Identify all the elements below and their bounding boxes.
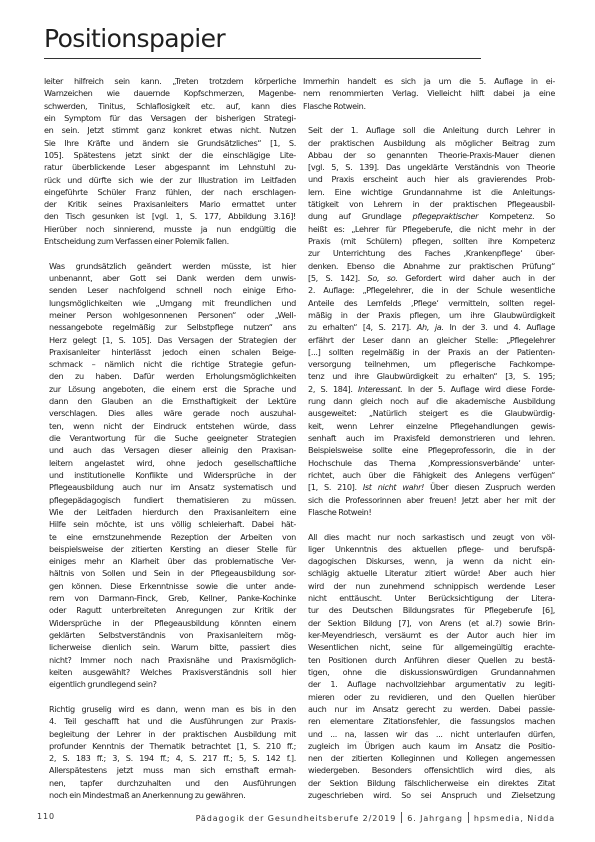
text-line: der 1. Auflage nachvollziehbar argumenta…: [303, 678, 555, 690]
text-line: ten Positionen durch Anführen dieser Que…: [303, 654, 555, 666]
text-line: erfährt der Leser dann an gleicher Stell…: [303, 334, 555, 346]
text-line: All dies macht nur noch sarkastisch und …: [303, 531, 555, 543]
text-line: mieren oder zu revidieren, und den Quell…: [303, 691, 555, 703]
text-line: ten, wenn nicht der Eindruck entstehen w…: [44, 420, 296, 432]
text-line: den zu haben. Dafür werden Erholungsmögl…: [44, 370, 296, 382]
title-divider: [44, 58, 481, 59]
text-line: Praxisanleiter hinterlässt jedoch einen …: [44, 346, 296, 358]
text-line: oder Ragutt unterbreiteten Anregungen zu…: [44, 604, 296, 616]
text-line: Entscheidung zum Verfassen einer Polemik…: [44, 235, 296, 247]
text-line: unbenannt, aber Gott sei Dank werden dem…: [44, 272, 296, 284]
text-line: und institutionelle Konflikte und Widers…: [44, 469, 296, 481]
paragraph: Was grundsätzlich geändert werden müsste…: [44, 260, 296, 691]
text-line: tur des Deutschen Bildungsrates für Pfle…: [303, 604, 555, 616]
text-line: ein Symptom für das Versagen der bisheri…: [44, 112, 296, 124]
text-line: 2. Auflage: „Pflegelehrer, die in der Sc…: [303, 284, 555, 296]
text-line: noch ein Mindestmaß an Anerkennung zu ge…: [44, 789, 296, 801]
text-line: richtet, auch über die Fähigkeit des Anl…: [303, 469, 555, 481]
text-line: tigen, ohne die diskussionswürdigen Grun…: [303, 666, 555, 678]
text-line: [1, S. 210]. Ist nicht wahr! Über diesen…: [303, 481, 555, 493]
journal-info: Pädagogik der Gesundheitsberufe 2/20196.…: [196, 812, 555, 823]
text-line: zur Lösung angeboten, die einem erst die…: [44, 383, 296, 395]
text-line: dagogischen Diskurses, wenn, ja wenn da …: [303, 555, 555, 567]
paragraph: leiter hilfreich sein kann. „Treten trot…: [44, 75, 296, 247]
footer-separator: [468, 812, 469, 823]
text-line: 2, S. 183 ff.; 3, S. 194 ff.; 4, S. 217 …: [44, 752, 296, 764]
text-line: die Verantwortung für die Suche geeignet…: [44, 432, 296, 444]
text-line: Herz gelegt [1, S. 105]. Das Versagen de…: [44, 334, 296, 346]
text-line: eingeführte Schüler Franz fühlen, der na…: [44, 186, 296, 198]
text-line: zur Unterrichtung des Faches ‚Krankenpfl…: [303, 247, 555, 259]
text-line: Anteile des Lernfelds ‚Pflege‘ vermittel…: [303, 297, 555, 309]
text-line: rück und dürfte sich wie der zur Illustr…: [44, 174, 296, 186]
text-line: zugeschrieben wird. So sei Anspruch und …: [303, 789, 555, 801]
text-line: ker-Meyendriesch, versäumt es der Autor …: [303, 629, 555, 641]
text-line: [...] sollten regelmäßig in der Praxis a…: [303, 346, 555, 358]
paragraph: Seit der 1. Auflage soll die Anleitung d…: [303, 124, 555, 518]
journal-title: Pädagogik der Gesundheitsberufe 2/2019: [196, 814, 397, 823]
text-line: der praktischen Ausbildung als möglicher…: [303, 137, 555, 149]
text-line: nen, tapfer durchzuhalten und den Ausfüh…: [44, 777, 296, 789]
text-line: Praxis (mit Schülern) pflegen, sollten i…: [303, 235, 555, 247]
text-line: versorgung teilnehmen, um pflegerische F…: [303, 358, 555, 370]
text-line: gen können. Diese Erkenntnisse sowie die…: [44, 580, 296, 592]
text-line: leitern angelastet wird, ohne jedoch ges…: [44, 457, 296, 469]
text-line: Pflegeausbildung auch nur im Ansatz syst…: [44, 481, 296, 493]
text-line: leiter hilfreich sein kann. „Treten trot…: [44, 75, 296, 87]
text-line: und Praxis erscheint auch hier als gravi…: [303, 173, 555, 185]
text-line: rung dann gleich noch auf die akademisch…: [303, 395, 555, 407]
text-line: Hierüber noch sinnierend, musste ja nun …: [44, 223, 296, 235]
text-line: Abbau der so genannten Theorie-Praxis-Ma…: [303, 149, 555, 161]
text-line: zu erhalten“ [4, S. 217]. Ah, ja. In der…: [303, 321, 555, 333]
publisher: hpsmedia, Nidda: [474, 814, 555, 823]
text-line: Allerspätestens jetzt muss man sich erns…: [44, 764, 296, 776]
left-column: leiter hilfreich sein kann. „Treten trot…: [44, 75, 296, 814]
text-line: nicht enttäuscht. Unter Berücksichtigung…: [303, 592, 555, 604]
text-line: begleitung der Lehrer in der praktischen…: [44, 728, 296, 740]
text-line: liger Unkenntnis des aktuellen pflege- u…: [303, 543, 555, 555]
text-line: dann den Glauben an die Ernsthaftigkeit …: [44, 395, 296, 407]
text-line: Widersprüche in der Pflegeausbildung kön…: [44, 617, 296, 629]
text-line: te eine ernstzunehmende Rezeption der Ar…: [44, 531, 296, 543]
text-line: ren elementare Zitationsfehler, die fass…: [303, 715, 555, 727]
text-line: verschlagen. Dies alles wäre gerade noch…: [44, 407, 296, 419]
text-line: denken. Ebenso die Abnahme zur praktisch…: [303, 260, 555, 272]
text-line: [5, S. 142]. So, so. Gefordert wird dahe…: [303, 272, 555, 284]
text-line: nem renommierten Verlag. Vielleicht hilf…: [303, 87, 555, 99]
text-line: schwerden, Tinitus, Schlaflosigkeit etc.…: [44, 100, 296, 112]
text-line: licherweise dienlich sein. Warum bitte, …: [44, 641, 296, 653]
page-footer: 110 Pädagogik der Gesundheitsberufe 2/20…: [0, 812, 595, 826]
text-line: dung auf Grundlage pflegepraktischer Kom…: [303, 210, 555, 222]
text-line: ratur überblickende Leser abgespannt im …: [44, 161, 296, 173]
text-line: lungsmöglichkeiten wie „Umgang mit freun…: [44, 297, 296, 309]
text-line: senhaft auch im Praxisfeld demonstrieren…: [303, 432, 555, 444]
page-number: 110: [37, 812, 55, 821]
text-line: Flasche Rotwein.: [303, 100, 555, 112]
paragraph: Immerhin handelt es sich ja um die 5. Au…: [303, 75, 555, 112]
page-title: Positionspapier: [44, 24, 225, 53]
journal-volume: 6. Jahrgang: [407, 814, 463, 823]
text-line: den Tisch gesunken ist [vgl. 1, S. 177, …: [44, 210, 296, 222]
footer-separator: [401, 812, 402, 823]
text-line: tenz und ihre Glaubwürdigkeit zu erhalte…: [303, 370, 555, 382]
text-line: profunder Kenntnis der Thematik betracht…: [44, 740, 296, 752]
text-line: wird der nun zunehmend schnippisch werde…: [303, 580, 555, 592]
text-line: 4. Teil geschafft hat und die Ausführung…: [44, 715, 296, 727]
text-line: Wie der Leitfaden hierdurch den Praxisan…: [44, 506, 296, 518]
text-line: Flasche Rotwein!: [303, 506, 555, 518]
text-line: ausgeweitet: „Natürlich steigert es die …: [303, 407, 555, 419]
text-line: eigentlich grundlegend sein?: [44, 678, 296, 690]
text-line: beispielsweise der zitierten Kersting an…: [44, 543, 296, 555]
text-line: Warnzeichen wie dauernde Kopfschmerzen, …: [44, 87, 296, 99]
text-line: Sie Ihre Kräfte und ändern sie Grundsätz…: [44, 137, 296, 149]
text-line: der Sektion Bildung fälschlicherweise ei…: [303, 777, 555, 789]
text-line: sich die Professorinnen aber freuen! Jet…: [303, 494, 555, 506]
text-line: meiner Person wohlgesonnenen Personen“ o…: [44, 309, 296, 321]
text-line: nen der zitierten Kolleginnen und Kolleg…: [303, 752, 555, 764]
text-line: einiges mehr an Klarheit über das proble…: [44, 555, 296, 567]
text-line: geklärten Selbstverständnis von Praxisan…: [44, 629, 296, 641]
text-line: wiedergeben. Besonders offensichtlich wi…: [303, 764, 555, 776]
text-line: der Kritik seines Praxisanleiters Mario …: [44, 198, 296, 210]
text-line: und auch das Versagen dieser alleinig de…: [44, 444, 296, 456]
text-line: nicht? Immer noch nach Praxisnähe und Pr…: [44, 654, 296, 666]
text-line: mäßig in der Praxis pflegen, um ihre Gla…: [303, 309, 555, 321]
text-line: 2, S. 184]. Interessant. In der 5. Aufla…: [303, 383, 555, 395]
text-line: und ... na, lassen wir das ... nicht unt…: [303, 728, 555, 740]
text-line: [vgl. 5, S. 139]. Das ungeklärte Verstän…: [303, 161, 555, 173]
text-line: pflegepädagogisch fundiert thematisieren…: [44, 494, 296, 506]
text-line: Beispielsweise sollte eine Pflegeprofess…: [303, 444, 555, 456]
paragraph: All dies macht nur noch sarkastisch und …: [303, 531, 555, 802]
text-line: schmack – nämlich nicht die richtige Str…: [44, 358, 296, 370]
text-line: Wesentlichen nicht, seine für allgemeing…: [303, 641, 555, 653]
paragraph: Richtig gruselig wird es dann, wenn man …: [44, 703, 296, 802]
text-line: nessangebote regelmäßig zur Selbstpflege…: [44, 321, 296, 333]
text-line: hältnis von Sollen und Sein in der Pfleg…: [44, 567, 296, 579]
text-line: Seit der 1. Auflage soll die Anleitung d…: [303, 124, 555, 136]
text-line: schlägig aktuelle Literatur zitiert würd…: [303, 567, 555, 579]
text-line: en sein. Jetzt stimmt ganz konkret etwas…: [44, 124, 296, 136]
text-line: auch nur im Ansatz gerecht zu werden. Da…: [303, 703, 555, 715]
text-line: zugleich im Übrigen auch kaum im Ansatz …: [303, 740, 555, 752]
text-line: Was grundsätzlich geändert werden müsste…: [44, 260, 296, 272]
text-line: Richtig gruselig wird es dann, wenn man …: [44, 703, 296, 715]
text-line: 105]. Spätestens jetzt sinkt der die ein…: [44, 149, 296, 161]
text-line: Hilfe sein möchte, ist uns völlig schlei…: [44, 518, 296, 530]
text-line: keit, wenn Lehrer einzelne Pflegehandlun…: [303, 420, 555, 432]
right-column: Immerhin handelt es sich ja um die 5. Au…: [303, 75, 555, 814]
text-line: rem von Darmann-Finck, Greb, Kellner, Pa…: [44, 592, 296, 604]
text-line: senden Leser nachfolgend schnell noch ei…: [44, 284, 296, 296]
text-line: tätigkeit von Lehrern in der praktischen…: [303, 198, 555, 210]
text-line: der Sektion Bildung [7], von Arens (et a…: [303, 617, 555, 629]
text-line: Hochschule das Thema ‚Kompressionsverbän…: [303, 457, 555, 469]
text-line: lem. Eine wichtige Grundannahme ist die …: [303, 186, 555, 198]
text-line: keiten ausgewählt? Welches Praxisverstän…: [44, 666, 296, 678]
text-line: Immerhin handelt es sich ja um die 5. Au…: [303, 75, 555, 87]
text-line: heißt es: „Lehrer für Pflegeberufe, die …: [303, 223, 555, 235]
